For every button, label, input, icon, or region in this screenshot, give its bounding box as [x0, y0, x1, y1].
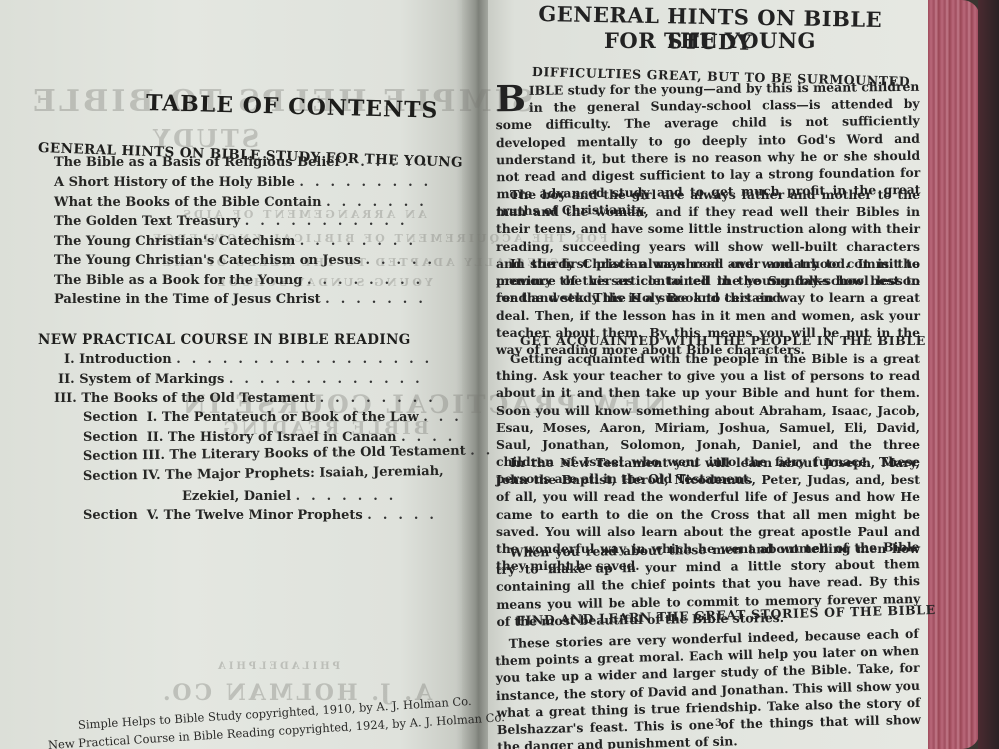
red-page-edges	[928, 0, 980, 749]
toc-item[interactable]: What the Books of the Bible Contain ....…	[54, 195, 435, 210]
toc-item[interactable]: III. The Books of the Old Testament ....…	[54, 391, 444, 406]
toc-item[interactable]: The Golden Text Treasury ...........	[54, 214, 415, 229]
toc-item[interactable]: The Young Christian's Catechism on Jesus…	[54, 253, 443, 268]
paragraph: These stories are very wonderful indeed,…	[495, 625, 922, 749]
toc-heading-practical-course: NEW PRACTICAL COURSE IN BIBLE READING	[38, 332, 411, 348]
toc-item[interactable]: The Young Christian's Catechism ........	[54, 234, 424, 249]
toc-item[interactable]: A Short History of the Holy Bible ......…	[54, 175, 439, 190]
article-title-line2: FOR THE YOUNG	[500, 28, 920, 53]
toc-item[interactable]: Palestine in the Time of Jesus Christ ..…	[54, 292, 434, 307]
toc-subitem-continuation[interactable]: Ezekiel, Daniel .......	[182, 489, 404, 504]
dropcap: B	[495, 84, 526, 114]
toc-item[interactable]: The Bible as a Book for the Young ......…	[54, 273, 431, 288]
ghost-city: PHILADELPHIA	[215, 661, 340, 672]
toc-item[interactable]: II. System of Markings .............	[58, 372, 431, 387]
toc-subitem[interactable]: Section II. The History of Israel in Can…	[83, 430, 463, 445]
page-number: 3	[715, 718, 722, 729]
toc-subitem[interactable]: Section V. The Twelve Minor Prophets ...…	[83, 508, 445, 523]
toc-item[interactable]: The Bible as a Basis of Religious Belief…	[54, 155, 438, 170]
section-heading-people: GET ACQUAINTED WITH THE PEOPLE IN THE BI…	[520, 333, 926, 348]
toc-item[interactable]: I. Introduction .................	[64, 352, 440, 367]
toc-subitem[interactable]: Section I. The Pentateuch or Book of the…	[83, 410, 470, 425]
open-book-spread: SIMPLE HELPS TO BIBLE STUDY AN ARRANGEME…	[0, 0, 999, 749]
book-cover-edge	[978, 0, 999, 749]
